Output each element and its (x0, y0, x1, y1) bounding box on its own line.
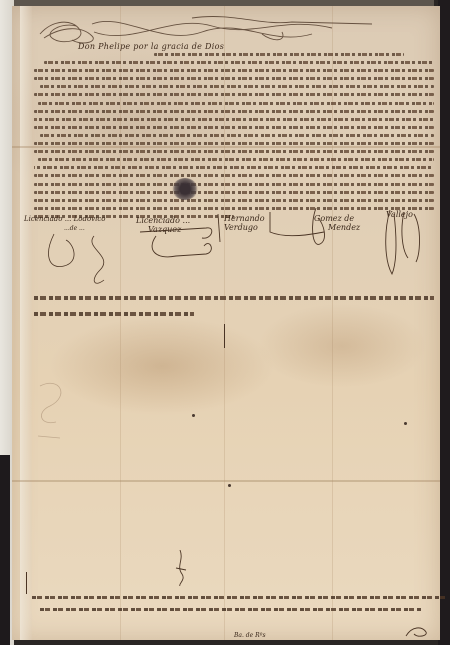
signature: Licenciado ... Vazquez (136, 216, 190, 234)
text-line (34, 123, 434, 131)
chancery-note: Yo ... Gonçalo de Andrada ... la hize es… (34, 290, 434, 322)
binding-edge (20, 6, 32, 640)
signature-flourish-icon (24, 214, 114, 284)
text-line (34, 74, 434, 82)
note-line-text: Yo ... Gonçalo de Andrada ... la hize es… (34, 290, 35, 291)
ink-speck (404, 422, 407, 425)
note-line-text: con acuerdo de los del su Consejo (34, 306, 35, 307)
text-line (34, 131, 434, 139)
text-line (34, 147, 434, 155)
note-line: con acuerdo de los del su Consejo (34, 306, 434, 322)
text-line (34, 139, 434, 147)
text-line (34, 50, 434, 58)
text-line (34, 58, 434, 66)
seal-blot (172, 178, 198, 200)
text-line (34, 66, 434, 74)
text-line (34, 90, 434, 98)
text-line (34, 188, 434, 196)
signature: Licenciado ... Lodovico ...de ... (24, 214, 106, 232)
text-line (34, 196, 434, 204)
document-body-text: Dense handwritten chancery text block be… (34, 50, 434, 220)
signature: Hernando Verdugo (224, 214, 265, 232)
text-line (34, 171, 434, 179)
text-line (34, 180, 434, 188)
signatures-row: Licenciado ... Lodovico ...de ... Licenc… (24, 210, 434, 290)
text-line (34, 107, 434, 115)
scan-backing-dark (0, 455, 10, 645)
ink-speck (228, 484, 231, 487)
signature: Gomez de Mendez (314, 214, 360, 232)
registry-note: En ... la ciudad de ... Pedro de Vega ..… (26, 592, 446, 616)
text-line (34, 82, 434, 90)
faded-marginal-mark-icon (30, 376, 80, 456)
signature: Vallejo (386, 210, 413, 219)
rubric-text: Ba. de Rºs (234, 632, 266, 639)
rubric-flourish-icon (404, 624, 430, 640)
note-line-text: En ... la ciudad de ... Pedro de Vega ..… (26, 592, 27, 593)
text-line (34, 155, 434, 163)
ink-stroke (26, 572, 27, 594)
signature-flourish-icon (314, 214, 374, 274)
text-line (34, 99, 434, 107)
note-line-text: Rejistrada ... en la Chancilleria ... de… (26, 604, 27, 605)
ink-speck (192, 414, 195, 417)
text-line (34, 163, 434, 171)
signature-flourish-icon (136, 216, 226, 276)
note-line: Rejistrada ... en la Chancilleria ... de… (26, 604, 446, 616)
fold-line (12, 480, 440, 482)
note-line: En ... la ciudad de ... Pedro de Vega ..… (26, 592, 446, 604)
paragraph-mark-icon (174, 550, 188, 586)
manuscript-page: Don Phelipe por la gracia de Dios Dense … (12, 6, 440, 640)
note-line: Yo ... Gonçalo de Andrada ... la hize es… (34, 290, 434, 306)
signature-flourish-icon (386, 210, 426, 280)
text-line (34, 115, 434, 123)
ink-stroke (224, 324, 225, 348)
